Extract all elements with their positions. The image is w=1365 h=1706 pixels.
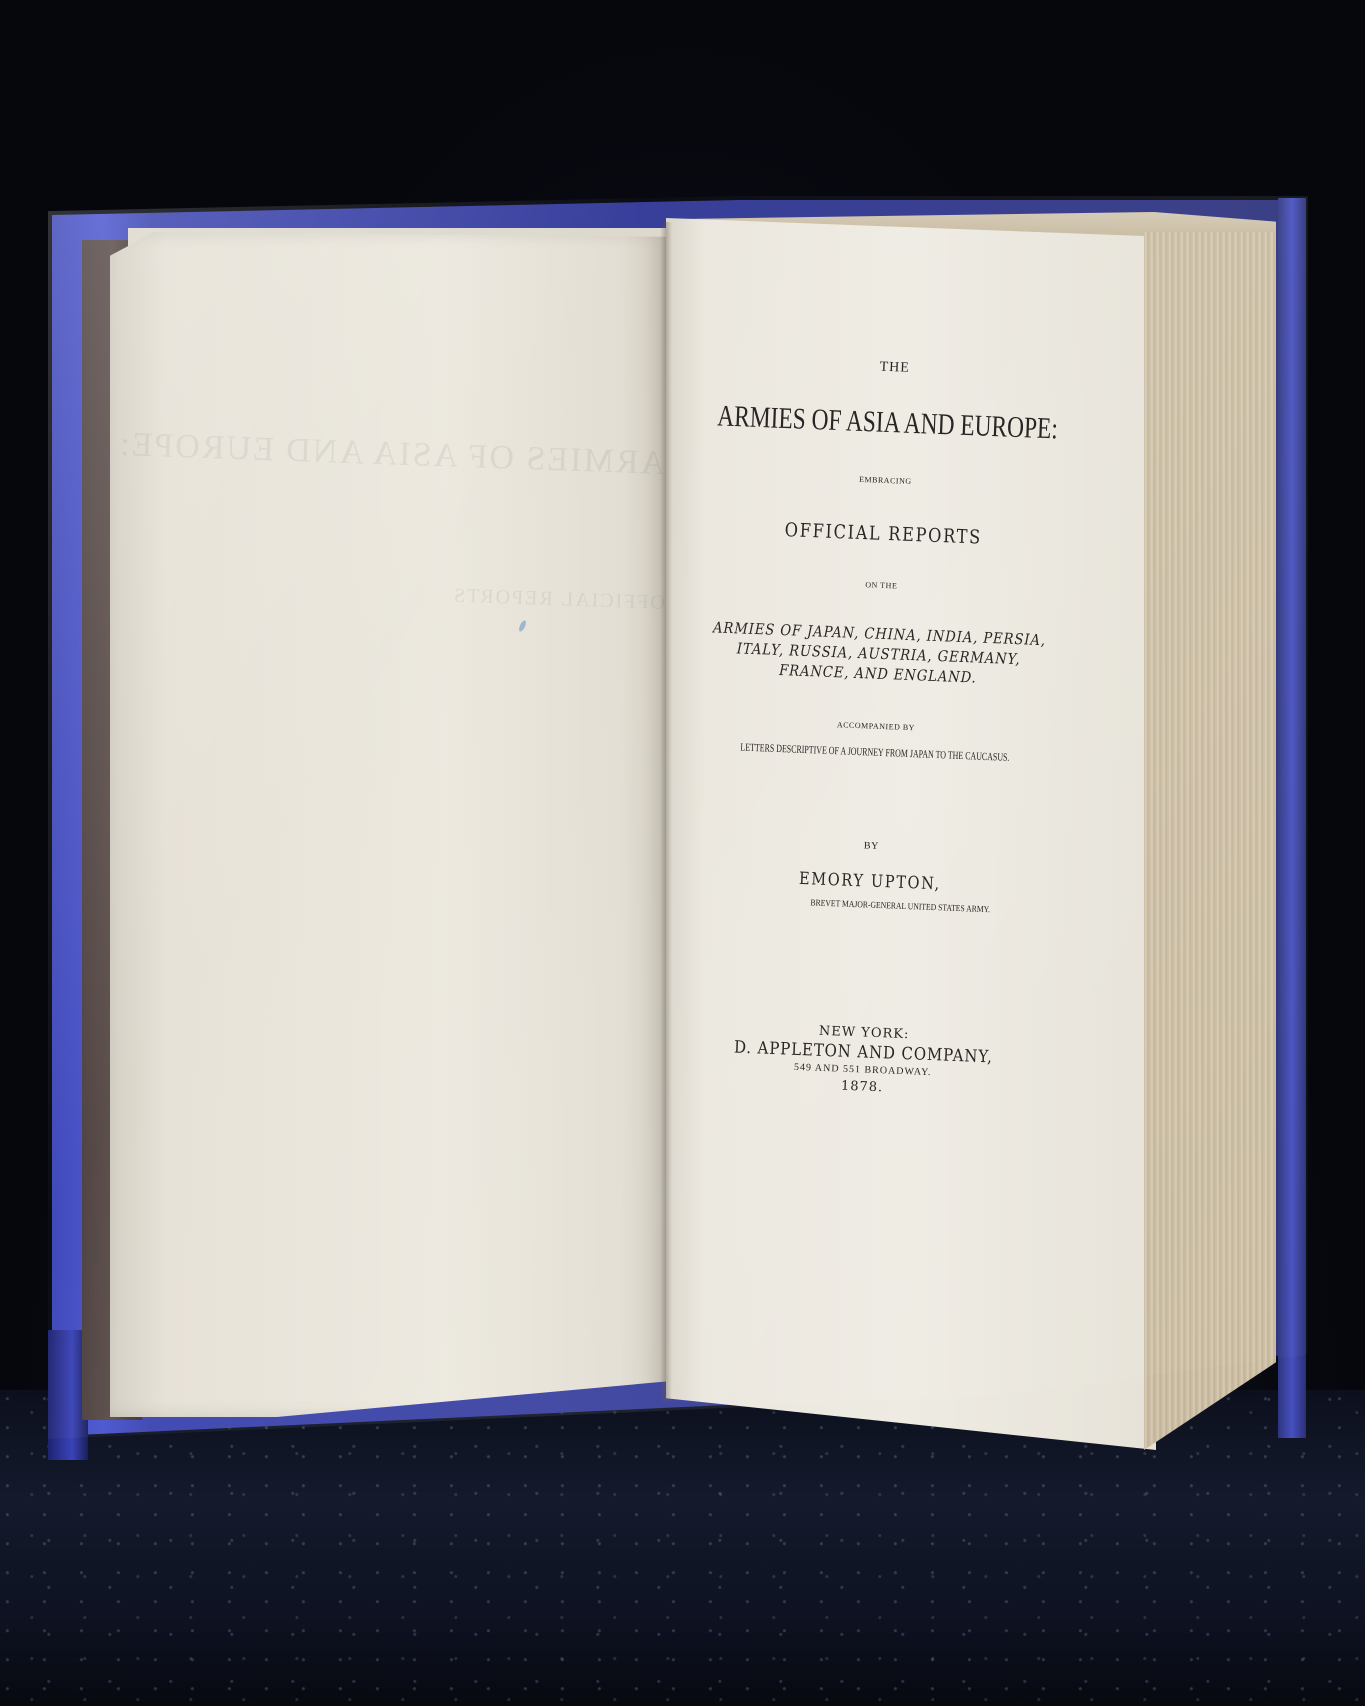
title-embracing: EMBRACING (695, 469, 1075, 493)
book-title: ARMIES OF ASIA AND EUROPE: (684, 398, 1091, 448)
photo-scene: ARMIES OF ASIA AND EUROPE: OFFICIAL REPO… (0, 0, 1365, 1706)
title-letters-descriptive: LETTERS DESCRIPTIVE OF A JOURNEY FROM JA… (659, 738, 1091, 767)
title-official-reports: OFFICIAL REPORTS (696, 516, 1071, 552)
left-page (110, 232, 666, 1417)
title-on-the: ON THE (691, 574, 1071, 598)
armies-list: ARMIES OF JAPAN, CHINA, INDIA, PERSIA, I… (675, 616, 1082, 691)
author-name: EMORY UPTON, (708, 865, 1032, 897)
title-by: BY (681, 833, 1061, 859)
title-page-text: THE ARMIES OF ASIA AND EUROPE: EMBRACING… (672, 353, 1080, 1102)
book-fore-edge-pages (1144, 232, 1276, 1450)
book-gutter (660, 222, 672, 1402)
book-cover-right-edge (1278, 198, 1306, 1438)
title-accompanied-by: ACCOMPANIED BY (686, 714, 1066, 738)
